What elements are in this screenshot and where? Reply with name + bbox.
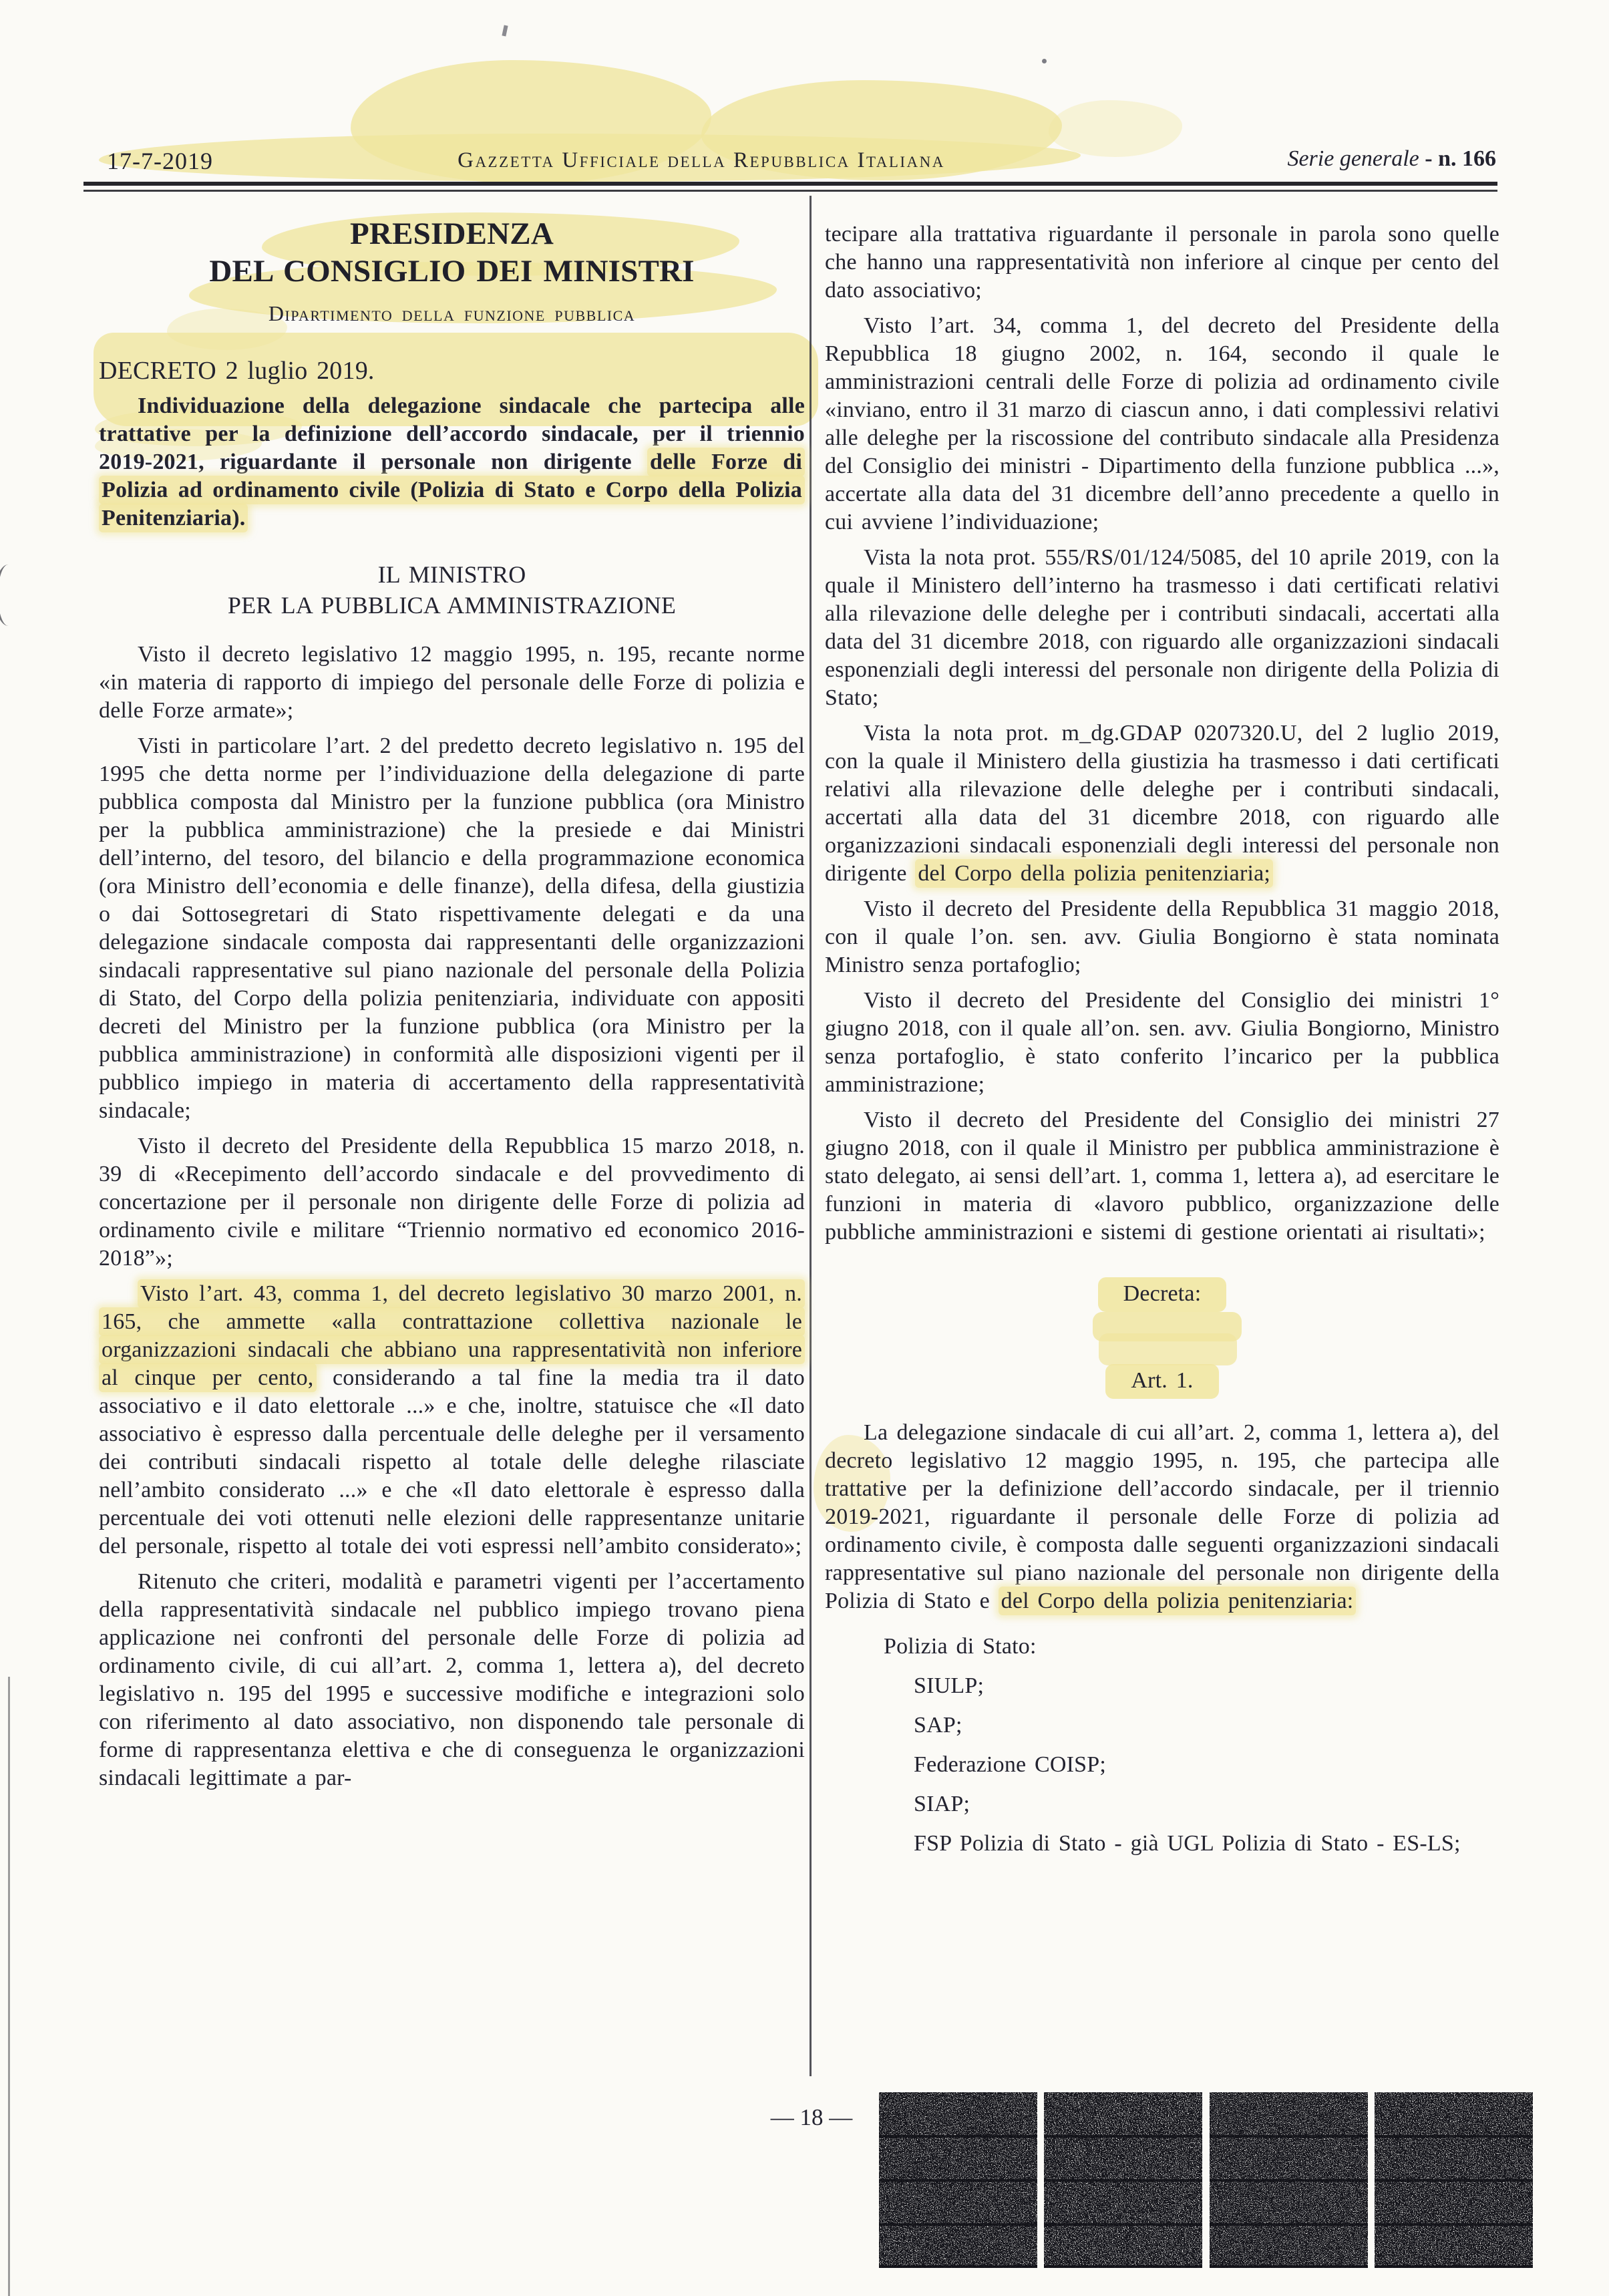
- right-column: tecipare alla trattativa riguardante il …: [825, 200, 1499, 1858]
- paragraph-ritenuto: Ritenuto che criteri, modalità e paramet…: [99, 1568, 805, 1792]
- header-rule-thin: [83, 190, 1497, 192]
- series-name: Serie generale: [1287, 146, 1419, 171]
- scan-speck-header: [1042, 59, 1047, 63]
- paragraph-visto-dpr-31maggio: Visto il decreto del Presidente della Re…: [825, 895, 1499, 979]
- issue-date: 17-7-2019: [107, 147, 213, 175]
- series-number: - n. 166: [1425, 146, 1496, 171]
- paragraph-visti-art2: Visti in particolare l’art. 2 del predet…: [99, 732, 805, 1125]
- union-item-coisp: Federazione COISP;: [825, 1751, 1499, 1779]
- header-rule-thick: [83, 182, 1497, 186]
- paragraph-vista-nota-gdap: Vista la nota prot. m_dg.GDAP 0207320.U,…: [825, 719, 1499, 888]
- page-number: — 18 —: [718, 2104, 905, 2131]
- list-heading-polizia: Polizia di Stato:: [884, 1633, 1499, 1661]
- paragraph-vista-nota-interno: Vista la nota prot. 555/RS/01/124/5085, …: [825, 544, 1499, 712]
- art43-rest-text: considerando a tal fine la media tra il …: [99, 1365, 805, 1559]
- paragraph-visto-dpcm-1giugno: Visto il decreto del Presidente del Cons…: [825, 987, 1499, 1099]
- union-item-fsp: FSP Polizia di Stato - già UGL Polizia d…: [825, 1830, 1499, 1858]
- decreta-highlighted-text: Decreta:: [1098, 1277, 1227, 1312]
- scan-noise-block-3: [1210, 2092, 1368, 2268]
- decree-date-line: DECRETO 2 luglio 2019.: [99, 357, 805, 385]
- paragraph-visto-art43: Visto l’art. 43, comma 1, del decreto le…: [99, 1280, 805, 1561]
- paragraph-delegazione: La delegazione sindacale di cui all’art.…: [825, 1419, 1499, 1615]
- department-name: Dipartimento della funzione pubblica: [99, 299, 805, 327]
- scan-noise-block-4: [1375, 2092, 1533, 2268]
- delegazione-text: La delegazione sindacale di cui all’art.…: [825, 1420, 1499, 1613]
- scan-speck-top: [502, 25, 508, 37]
- decreta-heading: Decreta:: [825, 1277, 1499, 1312]
- series-label: Serie generale - n. 166: [1135, 146, 1496, 172]
- minister-heading-line2: PER LA PUBBLICA AMMINISTRAZIONE: [99, 590, 805, 621]
- left-column: PRESIDENZA DEL CONSIGLIO DEI MINISTRI Di…: [99, 200, 805, 1792]
- article-1-highlighted-text: Art. 1.: [1105, 1364, 1218, 1399]
- article-1-heading: Art. 1.: [825, 1364, 1499, 1399]
- gazzetta-ufficiale-scanned-page: 17-7-2019 Gazzetta Ufficiale della Repub…: [0, 0, 1609, 2296]
- paragraph-visto-dpr-39: Visto il decreto del Presidente della Re…: [99, 1132, 805, 1273]
- masthead-title: Gazzetta Ufficiale della Repubblica Ital…: [374, 148, 1029, 173]
- margin-paren-artifact: [0, 564, 22, 626]
- scan-noise-block-1: [879, 2092, 1037, 2268]
- paragraph-visto-dlgs-195: Visto il decreto legislativo 12 maggio 1…: [99, 641, 805, 725]
- gdap-highlighted-text: del Corpo della polizia penitenziaria;: [915, 859, 1273, 888]
- delegazione-highlighted-text: del Corpo della polizia penitenziaria:: [999, 1587, 1357, 1615]
- decree-subject: Individuazione della delegazione sindaca…: [99, 392, 805, 532]
- scan-noise-block-2: [1044, 2092, 1202, 2268]
- agency-name-line1: PRESIDENZA: [99, 215, 805, 253]
- minister-heading-line1: IL MINISTRO: [99, 559, 805, 590]
- paragraph-visto-dpcm-27giugno: Visto il decreto del Presidente del Cons…: [825, 1106, 1499, 1247]
- union-item-siap: SIAP;: [825, 1790, 1499, 1818]
- paragraph-visto-art34: Visto l’art. 34, comma 1, del decreto de…: [825, 312, 1499, 536]
- column-divider: [810, 196, 812, 2076]
- paper-edge-line: [8, 1677, 10, 2296]
- agency-name-line2: DEL CONSIGLIO DEI MINISTRI: [99, 253, 805, 290]
- paragraph-continuation: tecipare alla trattativa riguardante il …: [825, 220, 1499, 305]
- union-item-siulp: SIULP;: [825, 1672, 1499, 1700]
- union-item-sap: SAP;: [825, 1711, 1499, 1740]
